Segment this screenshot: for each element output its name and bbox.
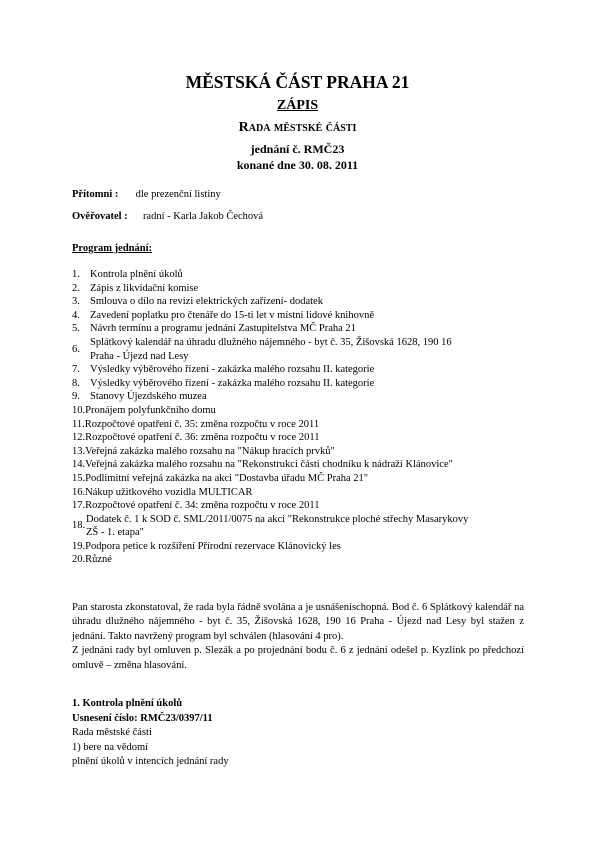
program-item: 1.Kontrola plnění úkolů xyxy=(72,268,542,282)
program-item-number: 14. xyxy=(72,458,85,472)
program-item-text: Zavedení poplatku pro čtenáře do 15-ti l… xyxy=(84,309,542,323)
program-heading: Program jednání: xyxy=(72,243,152,254)
program-item-number: 18. xyxy=(72,513,86,540)
program-item-text: Podpora petice k rozšíření Přírodní reze… xyxy=(85,540,542,554)
resolution-body: Rada městské části xyxy=(72,726,229,741)
program-item-number: 5. xyxy=(72,322,84,336)
resolution-point: 1) bere na vědomí xyxy=(72,741,229,756)
program-item-text: Pronájem polyfunkčního domu xyxy=(85,404,542,418)
section-1: 1. Kontrola plnění úkolů Usnesení číslo:… xyxy=(72,697,229,770)
verifier-row: Ověřovatel : radní - Karla Jakob Čechová xyxy=(72,211,263,222)
program-item-number: 10. xyxy=(72,404,85,418)
program-item: 11.Rozpočtové opatření č. 35: změna rozp… xyxy=(72,418,542,432)
program-item-number: 8. xyxy=(72,377,84,391)
program-item-text: Rozpočtové opatření č. 36: změna rozpočt… xyxy=(85,431,542,445)
meeting-number: jednání č. RMČ23 xyxy=(0,142,595,157)
document-title: MĚSTSKÁ ČÁST PRAHA 21 xyxy=(0,72,595,93)
program-item-number: 16. xyxy=(72,486,85,500)
program-list: 1.Kontrola plnění úkolů2.Zápis z likvida… xyxy=(72,268,542,567)
program-item: 17.Rozpočtové opatření č. 34: změna rozp… xyxy=(72,499,542,513)
program-item: 19.Podpora petice k rozšíření Přírodní r… xyxy=(72,540,542,554)
intro-paragraph: Pan starosta zkonstatoval, že rada byla … xyxy=(72,601,524,673)
resolution-number: Usnesení číslo: RMČ23/0397/11 xyxy=(72,712,229,727)
program-item-text: Dodatek č. 1 k SOD č. SML/2011/0075 na a… xyxy=(86,513,542,540)
verifier-value: radní - Karla Jakob Čechová xyxy=(143,211,263,222)
program-item-text: Výsledky výběrového řízení - zakázka mal… xyxy=(84,363,542,377)
program-item-text: Různé xyxy=(85,553,542,567)
program-item-number: 19. xyxy=(72,540,85,554)
program-item-number: 11. xyxy=(72,418,85,432)
program-item: 9.Stanovy Újezdského muzea xyxy=(72,390,542,404)
intro-paragraph-2: Z jednání rady byl omluven p. Slezák a p… xyxy=(72,644,524,673)
program-item-number: 7. xyxy=(72,363,84,377)
program-item: 10.Pronájem polyfunkčního domu xyxy=(72,404,542,418)
program-item: 13.Veřejná zakázka malého rozsahu na "Ná… xyxy=(72,445,542,459)
program-item: 6.Splátkový kalendář na úhradu dlužného … xyxy=(72,336,542,363)
program-item-text: Splátkový kalendář na úhradu dlužného ná… xyxy=(84,336,542,363)
meeting-date: konané dne 30. 08. 2011 xyxy=(0,158,595,173)
present-value: dle prezenční listiny xyxy=(136,189,221,200)
program-item-text: Podlimitní veřejná zakázka na akci "Dost… xyxy=(85,472,542,486)
program-item-text: Návrh termínu a programu jednání Zastupi… xyxy=(84,322,542,336)
program-item-text: Rozpočtové opatření č. 34: změna rozpočt… xyxy=(85,499,542,513)
program-item: 14.Veřejná zakázka malého rozsahu na "Re… xyxy=(72,458,542,472)
program-item: 3.Smlouva o dílo na revizi elektrických … xyxy=(72,295,542,309)
program-item: 18.Dodatek č. 1 k SOD č. SML/2011/0075 n… xyxy=(72,513,542,540)
program-item-text: Kontrola plnění úkolů xyxy=(84,268,542,282)
program-item-number: 9. xyxy=(72,390,84,404)
program-item: 20.Různé xyxy=(72,553,542,567)
program-item-number: 6. xyxy=(72,336,84,363)
present-label: Přítomni : xyxy=(72,189,118,200)
program-item: 2.Zápis z likvidační komise xyxy=(72,282,542,296)
program-item: 16.Nákup užitkového vozidla MULTICAR xyxy=(72,486,542,500)
program-item-text: Stanovy Újezdského muzea xyxy=(84,390,542,404)
intro-paragraph-1: Pan starosta zkonstatoval, že rada byla … xyxy=(72,601,524,644)
program-item-number: 4. xyxy=(72,309,84,323)
verifier-label: Ověřovatel : xyxy=(72,211,128,222)
program-item-text: Nákup užitkového vozidla MULTICAR xyxy=(85,486,542,500)
program-item-number: 20. xyxy=(72,553,85,567)
program-item-text: Výsledky výběrového řízení - zakázka mal… xyxy=(84,377,542,391)
program-item-number: 13. xyxy=(72,445,85,459)
council-name: Rada městské části xyxy=(0,120,595,136)
program-item-text: Rozpočtové opatření č. 35: změna rozpočt… xyxy=(85,418,542,432)
program-item: 12.Rozpočtové opatření č. 36: změna rozp… xyxy=(72,431,542,445)
program-item-text: Smlouva o dílo na revizi elektrických za… xyxy=(84,295,542,309)
program-item-number: 1. xyxy=(72,268,84,282)
program-item-number: 2. xyxy=(72,282,84,296)
program-item-number: 3. xyxy=(72,295,84,309)
section-heading: 1. Kontrola plnění úkolů xyxy=(72,697,229,712)
resolution-detail: plnění úkolů v intencích jednání rady xyxy=(72,755,229,770)
program-item-number: 17. xyxy=(72,499,85,513)
program-item-text: Veřejná zakázka malého rozsahu na "Rekon… xyxy=(85,458,542,472)
document-subtitle: ZÁPIS xyxy=(0,98,595,114)
program-item: 4.Zavedení poplatku pro čtenáře do 15-ti… xyxy=(72,309,542,323)
program-item-number: 12. xyxy=(72,431,85,445)
program-item: 5.Návrh termínu a programu jednání Zastu… xyxy=(72,322,542,336)
program-item: 15.Podlimitní veřejná zakázka na akci "D… xyxy=(72,472,542,486)
present-row: Přítomni : dle prezenční listiny xyxy=(72,189,221,200)
program-item-text: Veřejná zakázka malého rozsahu na "Nákup… xyxy=(85,445,542,459)
program-item: 7.Výsledky výběrového řízení - zakázka m… xyxy=(72,363,542,377)
program-item-text: Zápis z likvidační komise xyxy=(84,282,542,296)
program-item: 8.Výsledky výběrového řízení - zakázka m… xyxy=(72,377,542,391)
program-item-number: 15. xyxy=(72,472,85,486)
